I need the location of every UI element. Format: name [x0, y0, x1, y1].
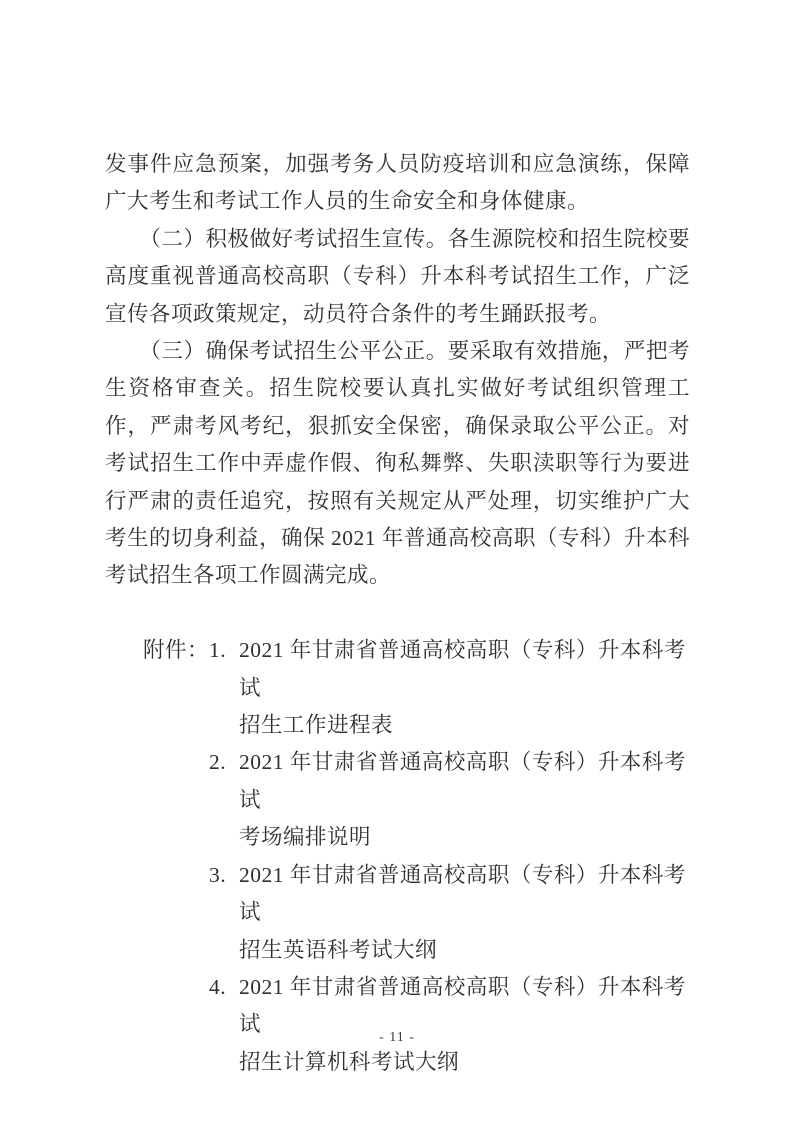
attachments-label: 附件：	[143, 632, 209, 1081]
paragraph-2: （二）积极做好考试招生宣传。各生源院校和招生院校要高度重视普通高校高职（专科）升…	[105, 221, 690, 333]
attachment-number: 2.	[209, 744, 239, 856]
attachment-title-line2: 招生英语科考试大纲	[239, 932, 690, 969]
attachment-number: 1.	[209, 632, 239, 744]
attachment-title-line1: 2021 年甘肃省普通高校高职（专科）升本科考试	[239, 744, 690, 819]
attachment-item-3: 3.2021 年甘肃省普通高校高职（专科）升本科考试招生英语科考试大纲	[209, 857, 690, 969]
attachment-title: 2021 年甘肃省普通高校高职（专科）升本科考试考场编排说明	[239, 744, 690, 856]
attachments-block: 附件： 1.2021 年甘肃省普通高校高职（专科）升本科考试招生工作进程表2.2…	[143, 632, 690, 1081]
attachment-title-line1: 2021 年甘肃省普通高校高职（专科）升本科考试	[239, 632, 690, 707]
paragraph-1: 发事件应急预案，加强考务人员防疫培训和应急演练，保障广大考生和考试工作人员的生命…	[105, 146, 690, 221]
attachment-title: 2021 年甘肃省普通高校高职（专科）升本科考试招生英语科考试大纲	[239, 857, 690, 969]
paragraphs-container: 发事件应急预案，加强考务人员防疫培训和应急演练，保障广大考生和考试工作人员的生命…	[105, 146, 690, 595]
attachment-title: 2021 年甘肃省普通高校高职（专科）升本科考试招生计算机科考试大纲	[239, 969, 690, 1081]
attachment-title-line1: 2021 年甘肃省普通高校高职（专科）升本科考试	[239, 857, 690, 932]
attachment-title-line2: 招生工作进程表	[239, 707, 690, 744]
attachment-item-1: 1.2021 年甘肃省普通高校高职（专科）升本科考试招生工作进程表	[209, 632, 690, 744]
page-number: - 11 -	[379, 1030, 415, 1045]
attachment-item-4: 4.2021 年甘肃省普通高校高职（专科）升本科考试招生计算机科考试大纲	[209, 969, 690, 1081]
attachment-item-2: 2.2021 年甘肃省普通高校高职（专科）升本科考试考场编排说明	[209, 744, 690, 856]
attachment-number: 4.	[209, 969, 239, 1081]
paragraph-3: （三）确保考试招生公平公正。要采取有效措施，严把考生资格审查关。招生院校要认真扎…	[105, 333, 690, 595]
document-page: 发事件应急预案，加强考务人员防疫培训和应急演练，保障广大考生和考试工作人员的生命…	[0, 0, 794, 1123]
attachment-title-line2: 招生计算机科考试大纲	[239, 1044, 690, 1081]
attachment-title-line2: 考场编排说明	[239, 819, 690, 856]
attachments-list: 1.2021 年甘肃省普通高校高职（专科）升本科考试招生工作进程表2.2021 …	[209, 632, 690, 1081]
page-footer: - 11 -	[0, 1030, 794, 1046]
attachment-number: 3.	[209, 857, 239, 969]
document-body: 发事件应急预案，加强考务人员防疫培训和应急演练，保障广大考生和考试工作人员的生命…	[105, 146, 690, 1081]
attachment-title: 2021 年甘肃省普通高校高职（专科）升本科考试招生工作进程表	[239, 632, 690, 744]
